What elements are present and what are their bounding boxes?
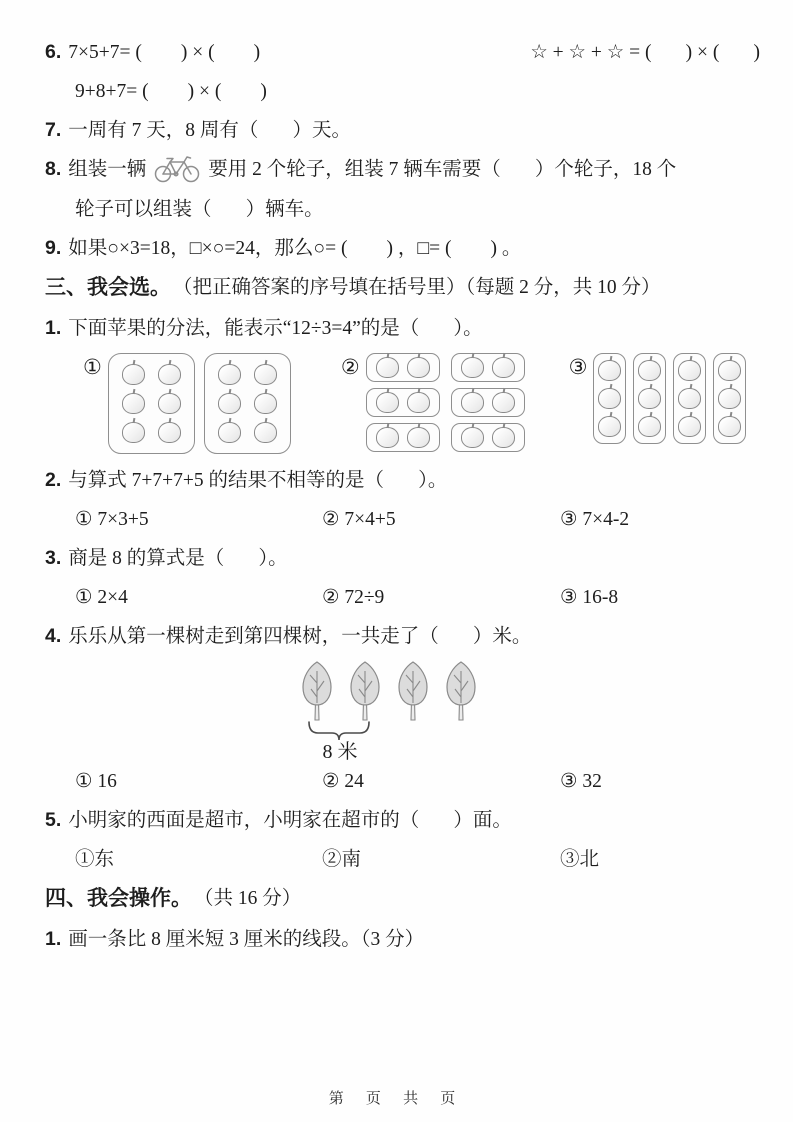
section-4-title: 四、我会操作。 （共 16 分）: [45, 884, 760, 913]
option-label: ②: [341, 355, 360, 379]
apple-icon: [461, 392, 484, 413]
question-number: 7.: [45, 116, 61, 145]
apple-boxes: [108, 353, 291, 454]
apple-icon: [254, 422, 277, 443]
apple-icon: [678, 416, 701, 437]
question-3-options: ① 2×4 ② 72÷9 ③ 16-8: [75, 583, 760, 612]
choice-question-3: 3. 商是 8 的算式是（ ）。: [45, 544, 760, 573]
choice-question-4: 4. 乐乐从第一棵树走到第四棵树，一共走了（ ）米。: [45, 622, 760, 651]
question-9: 9. 如果○×3=18，□×○=24，那么○= ( ) ，□= ( ) 。: [45, 234, 760, 263]
apple-box-of-2: [451, 353, 525, 382]
option-b: ②南: [322, 845, 560, 874]
bicycle-icon: [153, 153, 201, 183]
distance-label: 8 米: [314, 735, 366, 764]
apple-icon: [158, 393, 181, 414]
apple-icon: [376, 392, 399, 413]
tree-distance-figure: 8 米: [300, 661, 510, 761]
apple-icon: [158, 422, 181, 443]
question-number: 1.: [45, 925, 61, 954]
option-b: ② 7×4+5: [322, 505, 560, 534]
option-a: ① 7×3+5: [75, 505, 322, 534]
apple-icon: [376, 427, 399, 448]
question-8-line-1: 8. 组装一辆 要用 2 个轮子，组装 7 辆车需要（ ）个轮子，18 个: [45, 155, 760, 185]
page-footer: 第 页 共 页: [0, 1087, 793, 1108]
apple-icon: [218, 422, 241, 443]
apple-icon: [678, 388, 701, 409]
apple-icon: [638, 360, 661, 381]
choice-question-1: 1. 下面苹果的分法，能表示“12÷3=4”的是（ ）。: [45, 314, 760, 343]
apple-icon: [492, 427, 515, 448]
apple-icon: [122, 364, 145, 385]
apple-icon: [718, 416, 741, 437]
question-6-star-expression: ☆ + ☆ + ☆ = ( ) × ( ): [530, 38, 760, 67]
apple-icon: [492, 392, 515, 413]
apple-icon: [598, 416, 621, 437]
apple-box-of-6: [204, 353, 291, 454]
tree-icon: [444, 661, 478, 723]
option-c: ③北: [560, 845, 760, 874]
apple-icon: [407, 357, 430, 378]
option-b: ② 24: [322, 767, 560, 796]
tree-row: [300, 661, 510, 723]
apple-icon: [407, 427, 430, 448]
apple-grouping-figure: ① ② ③: [83, 353, 760, 454]
apple-box-of-3: [633, 353, 666, 444]
question-7: 7. 一周有 7 天，8 周有（ ）天。: [45, 116, 760, 145]
question-6-line-1: 6. 7×5+7= ( ) × ( ) ☆ + ☆ + ☆ = ( ) × ( …: [45, 38, 760, 67]
apple-icon: [158, 364, 181, 385]
question-number: 1.: [45, 314, 61, 343]
apple-box-of-6: [108, 353, 195, 454]
option-a: ①东: [75, 845, 322, 874]
apple-icon: [461, 427, 484, 448]
option-label: ①: [83, 355, 102, 379]
section-3-title-bold: 三、我会选。: [45, 273, 171, 302]
question-4-options: ① 16 ② 24 ③ 32: [75, 767, 760, 796]
section-4-title-rest: （共 16 分）: [194, 884, 301, 913]
section-3-title: 三、我会选。 （把正确答案的序号填在括号里）（每题 2 分，共 10 分）: [45, 273, 760, 302]
question-number: 8.: [45, 155, 61, 184]
option-a: ① 2×4: [75, 583, 322, 612]
apple-icon: [254, 364, 277, 385]
question-2-options: ① 7×3+5 ② 7×4+5 ③ 7×4-2: [75, 505, 760, 534]
apple-icon: [122, 393, 145, 414]
apple-icon: [492, 357, 515, 378]
apple-icon: [598, 360, 621, 381]
apple-icon: [718, 360, 741, 381]
apple-option-3: ③: [569, 353, 747, 444]
apple-icon: [638, 416, 661, 437]
option-a: ① 16: [75, 767, 322, 796]
question-number: 3.: [45, 544, 61, 573]
tree-icon: [348, 661, 382, 723]
apple-boxes: [593, 353, 746, 444]
apple-box-of-2: [366, 353, 440, 382]
question-6-left-expression: 7×5+7= ( ) × ( ): [68, 38, 260, 67]
apple-box-of-3: [673, 353, 706, 444]
apple-boxes: [366, 353, 525, 452]
apple-box-of-3: [593, 353, 626, 444]
apple-icon: [407, 392, 430, 413]
option-c: ③ 32: [560, 767, 760, 796]
apple-icon: [598, 388, 621, 409]
section-4-title-bold: 四、我会操作。: [45, 884, 192, 913]
apple-box-of-2: [366, 388, 440, 417]
tree-icon: [300, 661, 334, 723]
apple-icon: [638, 388, 661, 409]
apple-box-of-2: [366, 423, 440, 452]
apple-icon: [122, 422, 145, 443]
apple-option-2: ②: [341, 353, 525, 452]
question-number: 4.: [45, 622, 61, 651]
question-number: 6.: [45, 38, 61, 67]
operation-question-1: 1. 画一条比 8 厘米短 3 厘米的线段。（3 分）: [45, 925, 760, 954]
apple-icon: [376, 357, 399, 378]
question-5-options: ①东 ②南 ③北: [75, 845, 760, 874]
apple-box-of-2: [451, 388, 525, 417]
apple-icon: [218, 364, 241, 385]
apple-icon: [218, 393, 241, 414]
section-3-title-rest: （把正确答案的序号填在括号里）（每题 2 分，共 10 分）: [173, 273, 661, 302]
question-6-line-2: 9+8+7= ( ) × ( ): [75, 77, 760, 106]
question-8-line-2: 轮子可以组装（ ）辆车。: [75, 195, 760, 224]
question-number: 2.: [45, 466, 61, 495]
apple-box-of-2: [451, 423, 525, 452]
tree-icon: [396, 661, 430, 723]
apple-icon: [678, 360, 701, 381]
option-label: ③: [569, 355, 588, 379]
apple-option-1: ①: [83, 353, 291, 454]
choice-question-2: 2. 与算式 7+7+7+5 的结果不相等的是（ ）。: [45, 466, 760, 495]
choice-question-5: 5. 小明家的西面是超市，小明家在超市的（ ）面。: [45, 806, 760, 835]
question-number: 9.: [45, 234, 61, 263]
option-c: ③ 7×4-2: [560, 505, 760, 534]
option-c: ③ 16-8: [560, 583, 760, 612]
apple-icon: [461, 357, 484, 378]
option-b: ② 72÷9: [322, 583, 560, 612]
worksheet-page: 6. 7×5+7= ( ) × ( ) ☆ + ☆ + ☆ = ( ) × ( …: [0, 0, 793, 1122]
apple-icon: [718, 388, 741, 409]
apple-icon: [254, 393, 277, 414]
question-number: 5.: [45, 806, 61, 835]
apple-box-of-3: [713, 353, 746, 444]
